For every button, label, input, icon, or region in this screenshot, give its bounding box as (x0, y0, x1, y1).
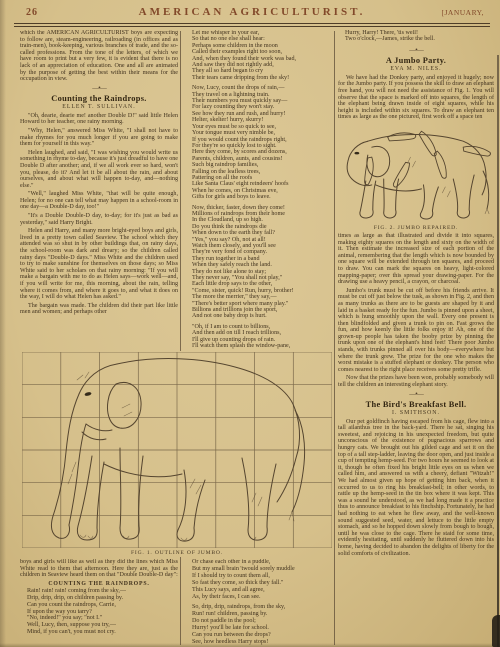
page-bottom-edge-shadow (0, 643, 500, 647)
pinned-trunk-pieces (360, 126, 491, 189)
jumbo-repaired-drawing (338, 123, 494, 223)
poem-stanza: "Oh, if I am to count to billions, And t… (185, 324, 331, 350)
column-rule (180, 31, 181, 351)
column-3: Hurry, Harry! There, 'tis well! Two o'cl… (338, 30, 494, 646)
column-2-lower: Or chase each other in a puddle, But my … (185, 559, 331, 647)
poem-stanza: Let me whisper in your ear, So that no o… (185, 30, 331, 81)
paragraph: Now that the prizes have been won, proba… (338, 375, 494, 388)
column-1-upper: which the AMERICAN AGRICULTURIST boys ar… (20, 30, 178, 352)
jumbo-repaired-figure: FIG. 2. JUMBO REPAIRED. (338, 123, 494, 231)
byline: ELLEN T. SULLIVAN. (20, 104, 178, 110)
paragraph: "Oh, dearie, dearie me! another Double D… (20, 113, 178, 126)
figure-grid (22, 352, 332, 548)
masthead-title: AMERICAN AGRICULTURIST. (18, 6, 486, 18)
paragraph: The bargain was made. The children did t… (20, 303, 178, 316)
paragraph: Our pet goldfinch having escaped from hi… (338, 419, 494, 557)
paragraph: boys and girls will like as well as they… (20, 559, 178, 579)
column-2-upper: Let me whisper in your ear, So that no o… (185, 30, 331, 352)
paragraph: "Well," laughed Miss White, "that will b… (20, 191, 178, 211)
poem-stanza: Rain! rain! rain! coming from the sky,— … (20, 588, 178, 636)
magazine-page: 26 AMERICAN AGRICULTURIST. [JANUARY, whi… (0, 0, 500, 647)
elephant-outline (347, 134, 489, 218)
figure-1-caption: FIG. 1. OUTLINE OF JUMBO. (22, 550, 332, 556)
paragraph: times as large as that illustrated and d… (338, 233, 494, 286)
jumbo-outline-figure: FIG. 1. OUTLINE OF JUMBO. (22, 352, 332, 556)
poem-stanza: So, drip, drip, raindrops, from the sky,… (185, 604, 331, 645)
column-rule (180, 557, 181, 645)
article-title-the-birds-breakfast-bell: The Bird's Breakfast Bell. (338, 400, 494, 409)
jumbo-outline-drawing (22, 352, 332, 548)
byline: EVA M. NILES. (338, 66, 494, 72)
page-header: 26 AMERICAN AGRICULTURIST. [JANUARY, (18, 6, 486, 22)
page-left-edge-shadow (0, 0, 6, 647)
byline: I. SMITHSON. (338, 410, 494, 416)
page-right-edge-line (497, 55, 500, 647)
section-divider-ornament: —•— (338, 391, 494, 398)
poem-stanza: Now, thicker, faster, down they come! Mi… (185, 205, 331, 320)
poem-stanza: Now, Lucy, count the drops of rain,— The… (185, 85, 331, 200)
section-divider-ornament: —•— (338, 47, 494, 54)
poem-stanza: Hurry, Harry! There, 'tis well! Two o'cl… (338, 30, 494, 43)
column-1-lower: boys and girls will like as well as they… (20, 559, 178, 647)
paragraph: We have had the Donkey party, and enjoye… (338, 75, 494, 121)
header-rule (14, 23, 490, 27)
poem-stanza: Or chase each other in a puddle, But my … (185, 559, 331, 600)
paragraph: Helen laughed, and said, "I was wishing … (20, 150, 178, 190)
paragraph: Helen and Harry, and many more bright-ey… (20, 228, 178, 301)
figure-2-caption: FIG. 2. JUMBO REPAIRED. (338, 225, 494, 231)
paragraph: "Why, Helen," answered Miss White, "I sh… (20, 128, 178, 148)
intro-paragraph: which the AMERICAN AGRICULTURIST boys ar… (20, 30, 178, 83)
paragraph: "It's a Double Double-D day, to-day; for… (20, 213, 178, 226)
article-title-counting-the-raindrops: Counting the Raindrops. (20, 94, 178, 103)
column-rule (334, 31, 335, 645)
poem-heading: COUNTING THE RAINDROPS. (20, 581, 178, 587)
scan-corner-mark (492, 615, 500, 647)
article-title-a-jumbo-party: A Jumbo Party. (338, 56, 494, 65)
issue-date: [JANUARY, (442, 8, 485, 17)
section-divider-ornament: —•— (20, 85, 178, 92)
paragraph: Jumbo's trunk must be cut off before his… (338, 288, 494, 374)
